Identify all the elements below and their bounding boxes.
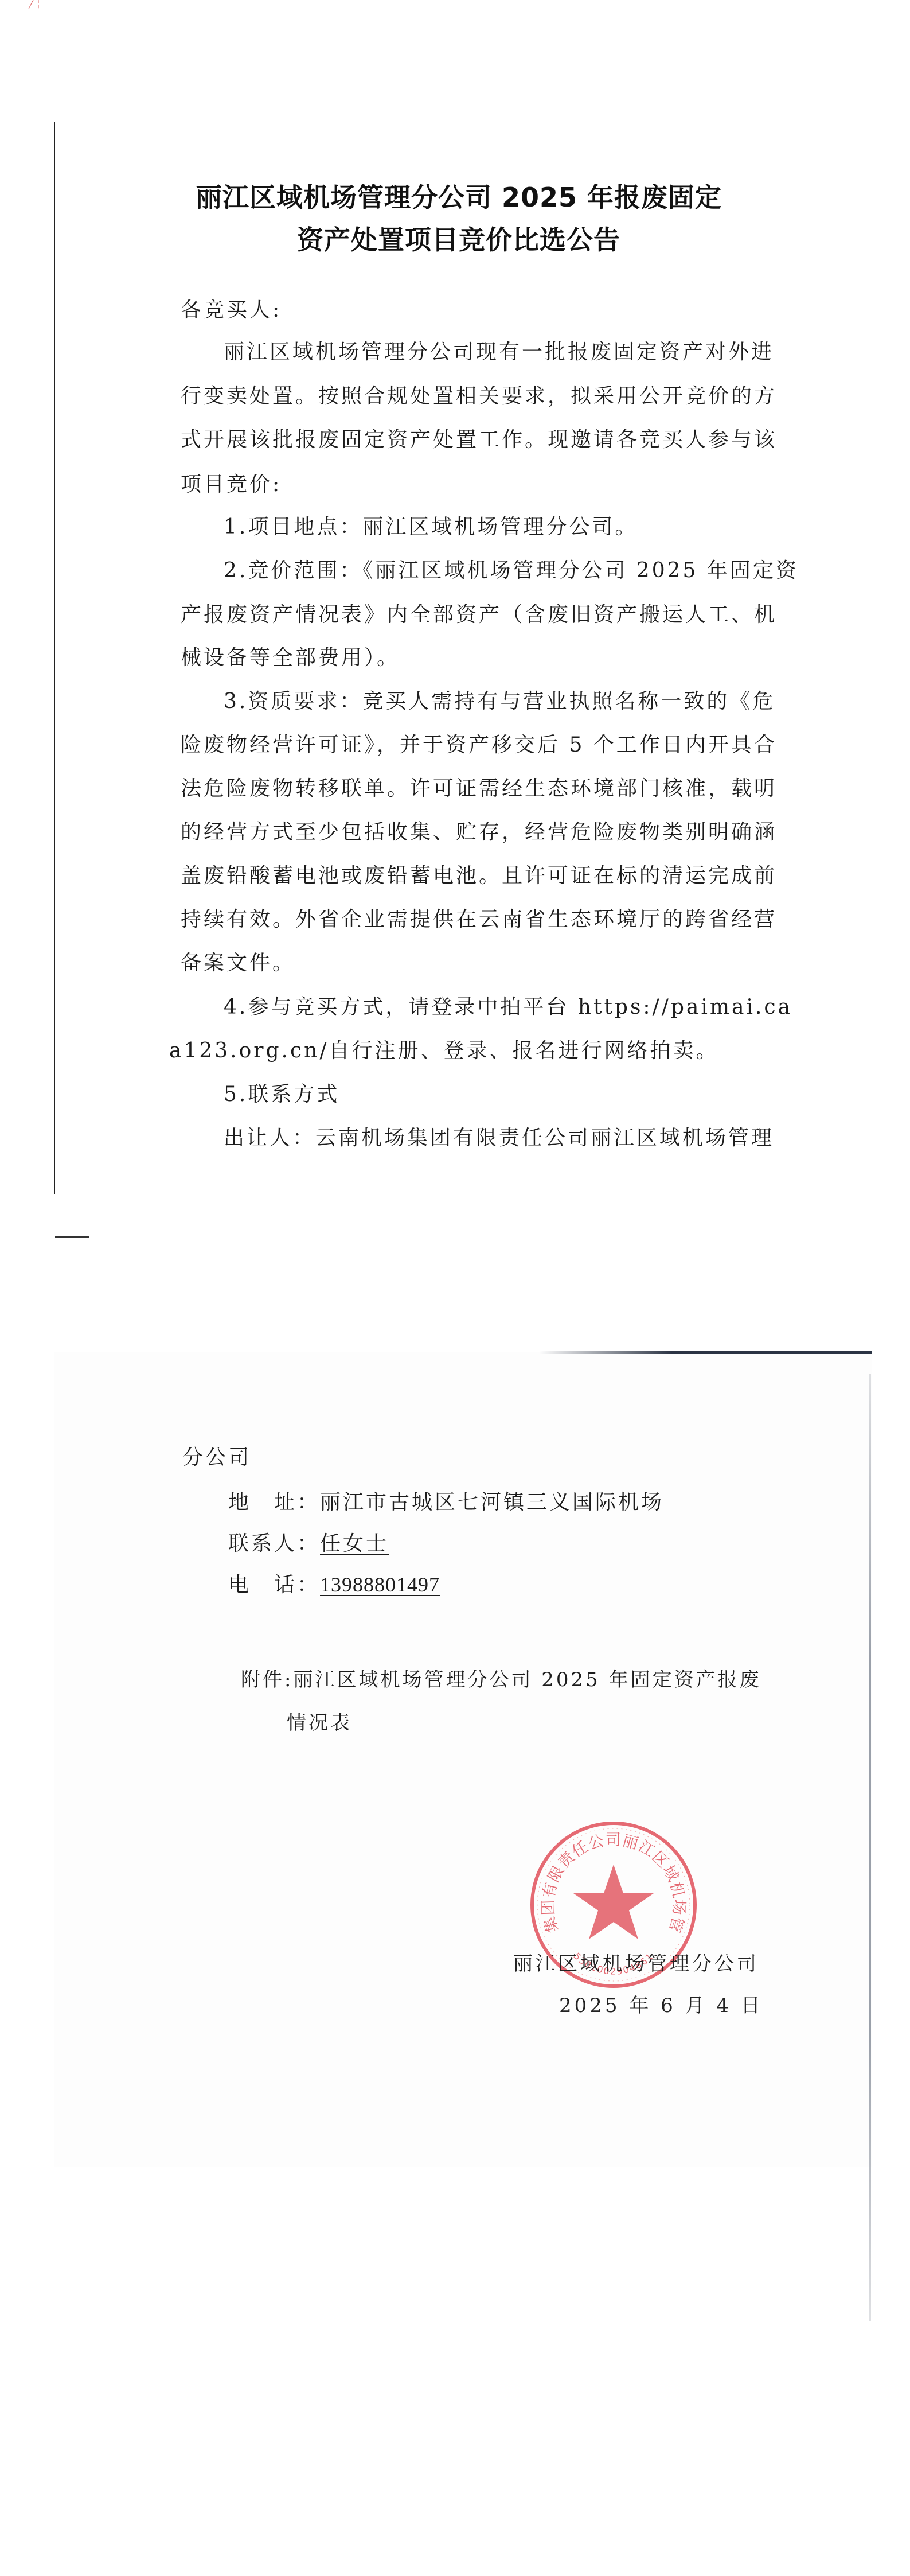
item-1-location: 1.项目地点：丽江区域机场管理分公司。 [224,511,638,540]
contact-person-label: 联系人： [228,1532,320,1555]
intro-line: 丽江区域机场管理分公司现有一批报废固定资产对外进 [224,336,774,365]
document-title-line-1: 丽江区域机场管理分公司 2025 年报废固定 [172,177,745,215]
scan-red-mark: ╱ ╎ [29,0,57,8]
item-5-contact-heading: 5.联系方式 [224,1078,339,1107]
signature-organization: 丽江区域机场管理分公司 [513,1948,759,1976]
page-2 [54,1352,872,2167]
phone-label: 电 话： [228,1573,320,1597]
address-label: 地 址： [228,1491,320,1514]
contact-person-value: 任女士 [320,1532,389,1555]
phone-row: 电 话：13988801497 [228,1569,440,1598]
item-3-qualification: 险废物经营许可证》，并于资产移交后 5 个工作日内开具合 [181,729,777,758]
address-row: 地 址：丽江市古城区七河镇三义国际机场 [228,1486,664,1515]
scan-edge-mark [55,1236,89,1238]
signature-date: 2025 年 6 月 4 日 [559,1990,763,2018]
scan-edge-page2-top [539,1351,872,1354]
item-2-scope: 2.竞价范围：《丽江区域机场管理分公司 2025 年固定资 [224,554,799,583]
intro-line: 行变卖处置。按照合规处置相关要求，拟采用公开竞价的方 [181,380,777,409]
scan-edge-page2-right [869,1374,871,2321]
phone-value[interactable]: 13988801497 [320,1573,440,1596]
item-3-qualification: 的经营方式至少包括收集、贮存，经营危险废物类别明确涵 [181,816,777,845]
item-3-qualification: 持续有效。外省企业需提供在云南省生态环境厅的跨省经营 [181,903,777,932]
item-3-qualification: 盖废铅酸蓄电池或废铅蓄电池。且许可证在标的清运完成前 [181,859,777,889]
attachment-line: 情况表 [287,1707,352,1735]
scan-edge-left [54,122,55,1194]
contact-person-row: 联系人：任女士 [228,1527,389,1557]
document-title-line-2: 资产处置项目竞价比选公告 [172,219,745,257]
item-3-qualification: 3.资质要求：竞买人需持有与营业执照名称一致的《危 [224,685,775,714]
seller-line-continued: 分公司 [182,1441,251,1470]
item-3-qualification: 法危险废物转移联单。许可证需经生态环境部门核准，载明 [181,772,777,801]
address-value: 丽江市古城区七河镇三义国际机场 [320,1491,664,1514]
item-2-scope: 械设备等全部费用）。 [181,641,400,671]
item-4-participation-url[interactable]: a123.org.cn/自行注册、登录、报名进行网络拍卖。 [169,1034,718,1064]
seller-line: 出让人：云南机场集团有限责任公司丽江区域机场管理 [224,1122,774,1151]
salutation: 各竞买人: [181,294,282,323]
intro-line: 项目竞价: [181,468,282,497]
attachment-line: 附件:丽江区域机场管理分公司 2025 年固定资产报废 [241,1664,761,1692]
item-2-scope: 产报废资产情况表》内全部资产（含废旧资产搬运人工、机 [181,598,777,628]
intro-line: 式开展该批报废固定资产处置工作。现邀请各竞买人参与该 [181,423,777,453]
item-4-participation: 4.参与竞买方式，请登录中拍平台 https://paimai.ca [224,991,792,1020]
item-3-qualification: 备案文件。 [181,947,295,976]
scan-edge-page2-bottom [740,2281,872,2281]
